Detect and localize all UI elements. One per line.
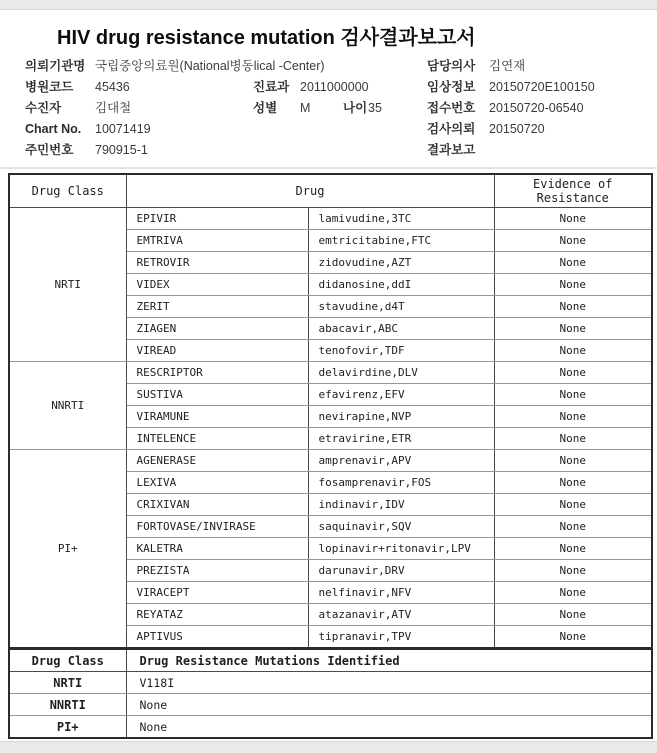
mutations-identified-cell: None (126, 694, 652, 716)
value-requesting-org: 국립중앙의료원(National병동lical -Center) (95, 59, 325, 74)
resistance-table-header: Drug Class Drug Evidence of Resistance (9, 174, 652, 208)
value-resident-id: 790915-1 (95, 143, 148, 158)
drug-brand-cell: VIDEX (126, 274, 308, 296)
drug-generic-cell: nevirapine,NVP (308, 406, 494, 428)
value-hospital-code: 45436 (95, 80, 130, 95)
value-chart-no: 10071419 (95, 122, 151, 137)
drug-class-cell: PI+ (9, 450, 126, 649)
label-requesting-org: 의뢰기관명 (25, 59, 85, 74)
drug-brand-cell: VIRACEPT (126, 582, 308, 604)
drug-brand-cell: KALETRA (126, 538, 308, 560)
drug-generic-cell: abacavir,ABC (308, 318, 494, 340)
drug-class-cell: NNRTI (9, 362, 126, 450)
evidence-cell: None (494, 384, 652, 406)
mutation-table-body: NRTIV118INNRTINonePI+None (9, 672, 652, 739)
label-hospital-code: 병원코드 (25, 80, 73, 95)
evidence-cell: None (494, 560, 652, 582)
label-age: 나이 (343, 101, 367, 116)
value-department: 2011000000 (300, 80, 369, 95)
page-bottom-margin-strip (0, 741, 657, 753)
mutation-drug-class-cell: NNRTI (9, 694, 126, 716)
evidence-cell: None (494, 296, 652, 318)
value-test-request: 20150720 (489, 122, 545, 137)
evidence-cell: None (494, 538, 652, 560)
drug-brand-cell: AGENERASE (126, 450, 308, 472)
drug-brand-cell: VIREAD (126, 340, 308, 362)
report-title: HIV drug resistance mutation 검사결과보고서 (57, 21, 476, 50)
drug-brand-cell: LEXIVA (126, 472, 308, 494)
evidence-cell: None (494, 450, 652, 472)
evidence-cell: None (494, 428, 652, 450)
label-result-report: 결과보고 (427, 143, 475, 158)
label-department: 진료과 (253, 80, 289, 95)
drug-brand-cell: EPIVIR (126, 208, 308, 230)
mutation-table-header: Drug Class Drug Resistance Mutations Ide… (9, 649, 652, 672)
label-receipt-no: 접수번호 (427, 101, 475, 116)
evidence-cell: None (494, 582, 652, 604)
evidence-cell: None (494, 472, 652, 494)
report-page: { "page": { "title": "HIV drug resistanc… (0, 0, 657, 753)
drug-generic-cell: lopinavir+ritonavir,LPV (308, 538, 494, 560)
drug-generic-cell: amprenavir,APV (308, 450, 494, 472)
mutations-identified-cell: None (126, 716, 652, 739)
mutation-row: NRTIV118I (9, 672, 652, 694)
label-resident-id: 주민번호 (25, 143, 73, 158)
value-patient-name: 김대철 (95, 101, 131, 116)
label-patient-name: 수진자 (25, 101, 61, 116)
header-mutations-identified: Drug Resistance Mutations Identified (126, 649, 652, 672)
drug-brand-cell: CRIXIVAN (126, 494, 308, 516)
drug-generic-cell: fosamprenavir,FOS (308, 472, 494, 494)
drug-brand-cell: RESCRIPTOR (126, 362, 308, 384)
drug-brand-cell: REYATAZ (126, 604, 308, 626)
mutation-header-row: Drug Class Drug Resistance Mutations Ide… (9, 649, 652, 672)
evidence-cell: None (494, 604, 652, 626)
header-drug: Drug (126, 174, 494, 208)
drug-row: NRTIEPIVIRlamivudine,3TCNone (9, 208, 652, 230)
drug-generic-cell: efavirenz,EFV (308, 384, 494, 406)
drug-generic-cell: indinavir,IDV (308, 494, 494, 516)
resistance-table-body: NRTIEPIVIRlamivudine,3TCNoneEMTRIVAemtri… (9, 208, 652, 649)
label-test-request: 검사의뢰 (427, 122, 475, 137)
evidence-cell: None (494, 230, 652, 252)
mutations-identified-cell: V118I (126, 672, 652, 694)
header-mutation-drug-class: Drug Class (9, 649, 126, 672)
drug-row: NNRTIRESCRIPTORdelavirdine,DLVNone (9, 362, 652, 384)
evidence-cell: None (494, 362, 652, 384)
drug-brand-cell: APTIVUS (126, 626, 308, 649)
mutation-row: PI+None (9, 716, 652, 739)
mutation-drug-class-cell: NRTI (9, 672, 126, 694)
header-drug-class: Drug Class (9, 174, 126, 208)
page-top-margin-strip (0, 0, 657, 10)
evidence-cell: None (494, 494, 652, 516)
evidence-cell: None (494, 274, 652, 296)
drug-generic-cell: darunavir,DRV (308, 560, 494, 582)
drug-generic-cell: didanosine,ddI (308, 274, 494, 296)
drug-brand-cell: ZIAGEN (126, 318, 308, 340)
drug-generic-cell: nelfinavir,NFV (308, 582, 494, 604)
evidence-cell: None (494, 626, 652, 649)
label-sex: 성별 (253, 101, 277, 116)
drug-generic-cell: zidovudine,AZT (308, 252, 494, 274)
drug-generic-cell: tipranavir,TPV (308, 626, 494, 649)
label-doctor: 담당의사 (427, 59, 475, 74)
drug-brand-cell: SUSTIVA (126, 384, 308, 406)
drug-class-cell: NRTI (9, 208, 126, 362)
evidence-cell: None (494, 318, 652, 340)
drug-generic-cell: tenofovir,TDF (308, 340, 494, 362)
evidence-cell: None (494, 516, 652, 538)
evidence-cell: None (494, 340, 652, 362)
mutation-row: NNRTINone (9, 694, 652, 716)
drug-generic-cell: lamivudine,3TC (308, 208, 494, 230)
drug-generic-cell: etravirine,ETR (308, 428, 494, 450)
label-clinical-info: 임상정보 (427, 80, 475, 95)
drug-brand-cell: VIRAMUNE (126, 406, 308, 428)
drug-brand-cell: FORTOVASE/INVIRASE (126, 516, 308, 538)
value-age: 35 (368, 101, 382, 116)
header-evidence: Evidence of Resistance (494, 174, 652, 208)
resistance-table: Drug Class Drug Evidence of Resistance N… (8, 173, 653, 649)
drug-generic-cell: delavirdine,DLV (308, 362, 494, 384)
evidence-cell: None (494, 252, 652, 274)
value-receipt-no: 20150720-06540 (489, 101, 584, 116)
drug-brand-cell: RETROVIR (126, 252, 308, 274)
resistance-header-row: Drug Class Drug Evidence of Resistance (9, 174, 652, 208)
drug-generic-cell: emtricitabine,FTC (308, 230, 494, 252)
label-chart-no: Chart No. (25, 122, 81, 137)
value-sex: M (300, 101, 310, 116)
drug-brand-cell: ZERIT (126, 296, 308, 318)
evidence-cell: None (494, 208, 652, 230)
drug-brand-cell: EMTRIVA (126, 230, 308, 252)
mutation-drug-class-cell: PI+ (9, 716, 126, 739)
drug-generic-cell: saquinavir,SQV (308, 516, 494, 538)
drug-row: PI+AGENERASEamprenavir,APVNone (9, 450, 652, 472)
drug-generic-cell: stavudine,d4T (308, 296, 494, 318)
value-doctor: 김연재 (489, 59, 525, 74)
mutation-table: Drug Class Drug Resistance Mutations Ide… (8, 648, 653, 739)
drug-generic-cell: atazanavir,ATV (308, 604, 494, 626)
value-clinical-info: 20150720E100150 (489, 80, 595, 95)
section-divider (0, 167, 657, 169)
evidence-cell: None (494, 406, 652, 428)
drug-brand-cell: PREZISTA (126, 560, 308, 582)
drug-brand-cell: INTELENCE (126, 428, 308, 450)
